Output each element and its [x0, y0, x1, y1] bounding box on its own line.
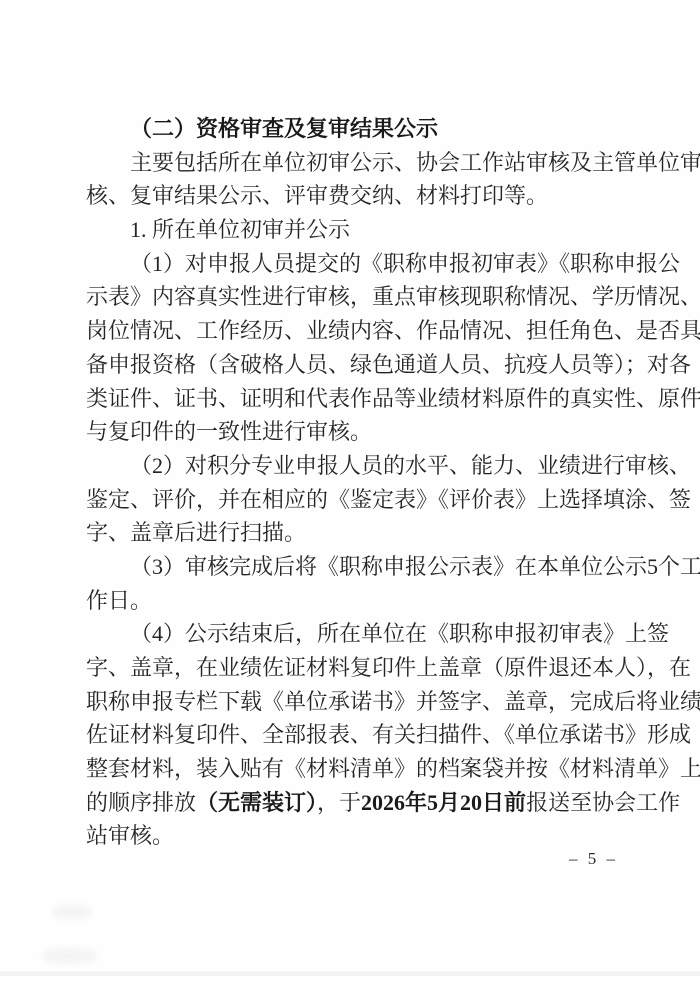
text-segment: 鉴定、评价，并在相应的《鉴定表》《评价表》上选择填涂、签: [86, 487, 691, 512]
text-line: 整套材料，装入贴有《材料清单》的档案袋并按《材料清单》上: [86, 752, 620, 786]
text-segment: 与复印件的一致性进行审核。: [86, 419, 372, 444]
text-line: 备申报资格（含破格人员、绿色通道人员、抗疫人员等）；对各: [86, 348, 620, 382]
scan-bottom-edge: [0, 971, 700, 976]
text-segment: 岗位情况、工作经历、业绩内容、作品情况、担任角色、是否具: [86, 318, 700, 343]
text-line: 岗位情况、工作经历、业绩内容、作品情况、担任角色、是否具: [86, 314, 620, 348]
text-segment: 报送至协会工作: [526, 790, 680, 815]
text-line: （4）公示结束后，所在单位在《职称申报初审表》上签: [86, 617, 620, 651]
text-segment: 字、盖章，在业绩佐证材料复印件上盖章（原件退还本人），在: [86, 655, 691, 680]
text-segment: 佐证材料复印件、全部报表、有关扫描件、《单位承诺书》形成: [86, 722, 691, 747]
text-line: （3）审核完成后将《职称申报公示表》在本单位公示5个工: [86, 550, 620, 584]
text-segment: 1. 所在单位初审并公示: [130, 217, 350, 242]
text-line: 佐证材料复印件、全部报表、有关扫描件、《单位承诺书》形成: [86, 718, 620, 752]
text-segment: 核、复审结果公示、评审费交纳、材料打印等。: [86, 183, 548, 208]
document-page: （二）资格审查及复审结果公示主要包括所在单位初审公示、协会工作站审核及主管单位审…: [0, 0, 700, 990]
text-line: 字、盖章，在业绩佐证材料复印件上盖章（原件退还本人），在: [86, 651, 620, 685]
text-line: （1）对申报人员提交的《职称申报初审表》《职称申报公: [86, 247, 620, 281]
text-line: 类证件、证书、证明和代表作品等业绩材料原件的真实性、原件: [86, 382, 620, 416]
text-segment: 整套材料，装入贴有《材料清单》的档案袋并按《材料清单》上: [86, 756, 700, 781]
text-line: 核、复审结果公示、评审费交纳、材料打印等。: [86, 179, 620, 213]
text-line: 与复印件的一致性进行审核。: [86, 415, 620, 449]
text-segment: （4）公示结束后，所在单位在《职称申报初审表》上签: [130, 621, 669, 646]
text-line: 鉴定、评价，并在相应的《鉴定表》《评价表》上选择填涂、签: [86, 483, 620, 517]
text-segment: （2）对积分专业申报人员的水平、能力、业绩进行审核、: [130, 453, 691, 478]
text-segment: （1）对申报人员提交的《职称申报初审表》《职称申报公: [130, 251, 680, 276]
text-line: 字、盖章后进行扫描。: [86, 516, 620, 550]
text-segment: 职称申报专栏下载《单位承诺书》并签字、盖章，完成后将业绩: [86, 689, 700, 714]
text-segment: 类证件、证书、证明和代表作品等业绩材料原件的真实性、原件: [86, 386, 700, 411]
scan-smudge: [52, 905, 92, 919]
text-segment: 站审核。: [86, 823, 174, 848]
document-body: （二）资格审查及复审结果公示主要包括所在单位初审公示、协会工作站审核及主管单位审…: [86, 112, 620, 853]
text-segment: （3）审核完成后将《职称申报公示表》在本单位公示5个工: [130, 554, 700, 579]
text-line: 职称申报专栏下载《单位承诺书》并签字、盖章，完成后将业绩: [86, 685, 620, 719]
text-line: 主要包括所在单位初审公示、协会工作站审核及主管单位审: [86, 146, 620, 180]
text-segment: 字、盖章后进行扫描。: [86, 520, 306, 545]
scan-smudge: [42, 948, 97, 964]
text-line: （二）资格审查及复审结果公示: [86, 112, 620, 146]
page-number: – 5 –: [86, 849, 618, 869]
text-segment: ，于: [317, 790, 361, 815]
text-segment: 备申报资格（含破格人员、绿色通道人员、抗疫人员等）；对各: [86, 352, 691, 377]
text-line: 作日。: [86, 584, 620, 618]
text-segment: 示表》内容真实性进行审核，重点审核现职称情况、学历情况、: [86, 284, 700, 309]
scan-speck: [607, 642, 610, 645]
text-line: 示表》内容真实性进行审核，重点审核现职称情况、学历情况、: [86, 280, 620, 314]
text-line: （2）对积分专业申报人员的水平、能力、业绩进行审核、: [86, 449, 620, 483]
text-line: 1. 所在单位初审并公示: [86, 213, 620, 247]
text-segment: 作日。: [86, 588, 152, 613]
text-segment: （二）资格审查及复审结果公示: [130, 116, 438, 141]
text-segment: 主要包括所在单位初审公示、协会工作站审核及主管单位审: [130, 150, 700, 175]
text-segment: 2026年5月20日前: [361, 790, 526, 815]
text-segment: （无需装订）: [196, 790, 317, 815]
text-segment: 的顺序排放: [86, 790, 196, 815]
text-line: 的顺序排放（无需装订），于2026年5月20日前报送至协会工作: [86, 786, 620, 820]
